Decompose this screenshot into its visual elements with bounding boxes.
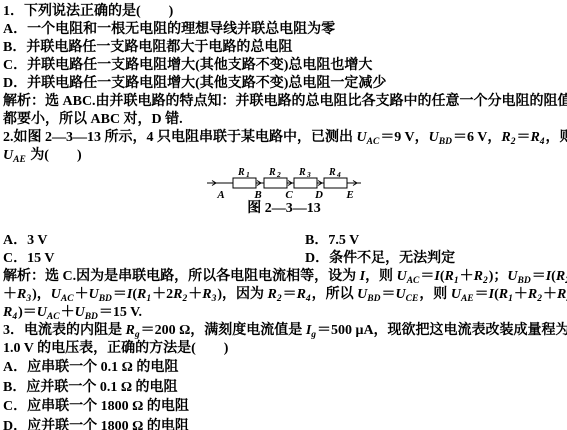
q2-analysis-2-math-var: R xyxy=(267,287,276,302)
q2-analysis-3-math-var: U xyxy=(37,305,47,320)
resistor-box xyxy=(233,178,256,188)
resistor-box xyxy=(264,178,287,188)
q2-options-row-2: C．15 VD．条件不足，无法判定 xyxy=(3,250,565,268)
q2-stem-1-math-subscript: AC xyxy=(367,137,380,147)
q2-analysis-2-text-run: ＋ xyxy=(75,287,89,302)
q2-analysis-1-math-var: R xyxy=(556,269,565,284)
resistor-label-subscript: 1 xyxy=(246,170,250,179)
q2-analysis-1-text-run: 解析：选 C.因为是串联电路，所以各电阻电流相等，设为 xyxy=(3,269,360,284)
q2-analysis-3-math-subscript: AC xyxy=(47,312,60,322)
resistor-label: R xyxy=(237,167,245,178)
q2-analysis-3-text-run: ＋ xyxy=(61,305,75,320)
q2-analysis-2-math-subscript: 1 xyxy=(508,294,513,304)
q3-stem-1-text-run: ＝500 μA，现欲把这电流表改装成量程为 xyxy=(317,323,567,338)
q2-stem-1-text-run: ＝6 V， xyxy=(453,130,501,145)
q2-analysis-2: ＋R3)，UAC＋UBD＝I(R1＋2R2＋R3)，因为 R2＝R4，所以 UB… xyxy=(3,286,565,304)
q2-analysis-2-text-run: ＝ xyxy=(283,287,297,302)
q2-analysis-2-math-var: R xyxy=(557,287,566,302)
figure-2-3-13: R 1 R 2 R 3 R 4 A B C D E 图 2—3—13 xyxy=(3,165,565,232)
resistor-box xyxy=(324,178,347,188)
q2-analysis-2-math-subscript: AE xyxy=(461,294,474,304)
q2-analysis-2-math-subscript: CE xyxy=(406,294,419,304)
q2-analysis-2-text-run: ＝ xyxy=(113,287,127,302)
q2-analysis-3-math-subscript: 4 xyxy=(12,312,17,322)
q2-stem-1-math-subscript: BD xyxy=(439,137,452,147)
q2-analysis-1-text-run: )； xyxy=(489,269,508,284)
q2-analysis-1-text-run: ＝ xyxy=(420,269,434,284)
document-content-bottom: A．3 VB．7.5 VC．15 VD．条件不足，无法判定解析：选 C.因为是串… xyxy=(3,232,565,430)
q2-stem-1-math-subscript: 4 xyxy=(540,137,545,147)
q2-analysis-2-math-var: R xyxy=(137,287,146,302)
q3-option-b: B．应并联一个 0.1 Ω 的电阻 xyxy=(3,378,565,398)
q1-option-d: D．并联电路任一支路电阻增大(其他支路不变)总电阻一定减少 xyxy=(3,75,565,93)
q3-stem-1-math-subscript: g xyxy=(135,330,140,340)
q3-option-a-text-run: A．应串联一个 0.1 Ω 的电阻 xyxy=(3,360,178,375)
q3-option-c-text-run: C．应串联一个 1800 Ω 的电阻 xyxy=(3,399,189,414)
q2-stem-1-math-var: R xyxy=(530,130,539,145)
q1-option-c: C．并联电路任一支路电阻增大(其他支路不变)总电阻也增大 xyxy=(3,57,565,75)
q1-analysis-1: 解析：选 ABC.由并联电路的特点知：并联电路的总电阻比各支路中的任意一个分电阻… xyxy=(3,93,565,111)
q3-option-a: A．应串联一个 0.1 Ω 的电阻 xyxy=(3,358,565,378)
q2-analysis-3-math-var: R xyxy=(3,305,12,320)
q3-option-d: D．应并联一个 1800 Ω 的电阻 xyxy=(3,417,565,430)
q1-option-b: B．并联电路任一支路电阻都大于电路的总电阻 xyxy=(3,39,565,57)
node-label: A xyxy=(216,189,224,200)
q2-analysis-2-math-subscript: 3 xyxy=(212,294,217,304)
q2-analysis-1-text-run: ＝ xyxy=(532,269,546,284)
q2-analysis-2-text-run: ＝ xyxy=(382,287,396,302)
q1-stem-text-run: 1．下列说法正确的是( ) xyxy=(3,4,173,19)
q2-analysis-3-math-subscript: BD xyxy=(85,312,98,322)
q3-option-d-text-run: D．应并联一个 1800 Ω 的电阻 xyxy=(3,419,189,430)
q1-analysis-2-text-run: 都要小，所以 ABC 对，D 错. xyxy=(3,112,183,127)
q2-analysis-2-math-var: R xyxy=(202,287,211,302)
q2-analysis-3-text-run: )＝ xyxy=(18,305,37,320)
q2-stem-1: 2.如图 2—3—13 所示，4 只电阻串联于某电路中，已测出 UAC＝9 V，… xyxy=(3,129,565,147)
q3-stem-2: 1.0 V 的电压表，正确的方法是( ) xyxy=(3,340,565,358)
q2-analysis-2-math-var: U xyxy=(451,287,461,302)
q1-analysis-1-text-run: 解析：选 ABC.由并联电路的特点知：并联电路的总电阻比各支路中的任意一个分电阻… xyxy=(3,94,567,109)
q2-analysis-2-text-run: )，因为 xyxy=(217,287,267,302)
q2-analysis-1-math-var: R xyxy=(474,269,483,284)
q2-analysis-2-text-run: ＋ xyxy=(543,287,557,302)
q2-analysis-1-math-subscript: 1 xyxy=(454,276,459,286)
q2-analysis-2-math-subscript: AC xyxy=(61,294,74,304)
q3-stem-1-text-run: 3．电流表的内阻是 xyxy=(3,323,126,338)
q2-stem-1-math-var: U xyxy=(429,130,439,145)
q2-analysis-2-text-run: ＋ xyxy=(188,287,202,302)
q2-options-row-2-col1: C．15 V xyxy=(3,250,305,268)
resistor-box xyxy=(294,178,317,188)
figure-caption: 图 2—3—13 xyxy=(3,200,565,218)
q1-option-a: A．一个电阻和一根无电阻的理想导线并联总电阻为零 xyxy=(3,21,565,39)
q2-stem-2-text-run: 为( ) xyxy=(27,148,82,163)
node-label: C xyxy=(285,189,293,200)
q2-analysis-2-text-run: ，则 xyxy=(419,287,451,302)
q2-analysis-2-math-subscript: BD xyxy=(367,294,380,304)
q2-analysis-2-math-subscript: 1 xyxy=(146,294,151,304)
q2-analysis-1-text-run: ，则 xyxy=(365,269,397,284)
resistor-label-subscript: 4 xyxy=(336,170,341,179)
q2-analysis-2-math-var: R xyxy=(528,287,537,302)
q2-analysis-2-math-var: U xyxy=(396,287,406,302)
q2-stem-1-text-run: ＝9 V， xyxy=(380,130,428,145)
q2-analysis-1-math-subscript: 2 xyxy=(483,276,488,286)
q2-analysis-2-text-run: ＋ xyxy=(514,287,528,302)
document-content-top: 1．下列说法正确的是( )A．一个电阻和一根无电阻的理想导线并联总电阻为零B．并… xyxy=(3,3,565,165)
q2-analysis-1-text-run: ＋ xyxy=(460,269,474,284)
q2-analysis-2-text-run: ＝ xyxy=(475,287,489,302)
node-label: D xyxy=(314,189,323,200)
q1-option-c-text-run: C．并联电路任一支路电阻增大(其他支路不变)总电阻也增大 xyxy=(3,58,372,73)
q2-analysis-1-math-subscript: AC xyxy=(407,276,420,286)
q2-analysis-2-math-var: U xyxy=(357,287,367,302)
q2-analysis-1-math-subscript: BD xyxy=(517,276,530,286)
q2-analysis-2-math-var: R xyxy=(499,287,508,302)
q2-analysis-2-math-var: R xyxy=(297,287,306,302)
q2-analysis-1-math-var: U xyxy=(397,269,407,284)
q3-stem-1-math-var: R xyxy=(126,323,135,338)
q2-analysis-2-math-subscript: 3 xyxy=(26,294,31,304)
q3-stem-1-math-subscript: g xyxy=(311,330,316,340)
q2-stem-2: UAE 为( ) xyxy=(3,147,565,165)
q2-analysis-2-math-subscript: BD xyxy=(99,294,112,304)
q2-options-row-1: A．3 VB．7.5 V xyxy=(3,232,565,250)
node-label: B xyxy=(253,189,261,200)
q2-stem-1-math-var: R xyxy=(501,130,510,145)
q2-analysis-3-math-var: U xyxy=(75,305,85,320)
q3-stem-1: 3．电流表的内阻是 Rg＝200 Ω，满刻度电流值是 Ig＝500 μA，现欲把… xyxy=(3,322,565,340)
q2-options-row-1-col1: A．3 V xyxy=(3,232,305,250)
q3-stem-2-text-run: 1.0 V 的电压表，正确的方法是( ) xyxy=(3,341,228,356)
q2-stem-1-math-var: U xyxy=(357,130,367,145)
resistor-label-subscript: 2 xyxy=(276,170,281,179)
q2-analysis-2-math-subscript: 2 xyxy=(537,294,542,304)
q2-analysis-3-text-run: ＝15 V. xyxy=(99,305,142,320)
q2-analysis-2-math-subscript: 2 xyxy=(277,294,282,304)
q1-stem: 1．下列说法正确的是( ) xyxy=(3,3,565,21)
resistor-label: R xyxy=(328,167,336,178)
q2-analysis-2-text-run: ＋2 xyxy=(152,287,173,302)
resistor-label: R xyxy=(298,167,306,178)
q2-stem-2-math-var: U xyxy=(3,148,13,163)
q2-analysis-2-math-var: R xyxy=(17,287,26,302)
q2-stem-1-text-run: ，则 xyxy=(546,130,567,145)
q2-analysis-2-text-run: ＋ xyxy=(3,287,17,302)
q2-stem-2-math-subscript: AE xyxy=(13,155,26,165)
q2-analysis-1-math-var: R xyxy=(445,269,454,284)
q1-option-a-text-run: A．一个电阻和一根无电阻的理想导线并联总电阻为零 xyxy=(3,22,335,37)
q2-analysis-1-math-var: U xyxy=(507,269,517,284)
q2-analysis-2-text-run: ，所以 xyxy=(312,287,358,302)
q1-option-b-text-run: B．并联电路任一支路电阻都大于电路的总电阻 xyxy=(3,40,292,55)
q2-analysis-2-text-run: )， xyxy=(32,287,51,302)
q2-analysis-2-math-var: U xyxy=(89,287,99,302)
q3-option-b-text-run: B．应并联一个 0.1 Ω 的电阻 xyxy=(3,380,178,395)
q2-analysis-2-math-var: U xyxy=(51,287,61,302)
q3-stem-1-text-run: ＝200 Ω，满刻度电流值是 xyxy=(141,323,306,338)
node-label: E xyxy=(345,189,353,200)
q2-stem-1-text-run: ＝ xyxy=(516,130,530,145)
q2-stem-1-text-run: 2.如图 2—3—13 所示，4 只电阻串联于某电路中，已测出 xyxy=(3,130,357,145)
q2-analysis-2-math-subscript: 4 xyxy=(306,294,311,304)
resistor-label-subscript: 3 xyxy=(306,170,311,179)
q2-options-row-2-col2: D．条件不足，无法判定 xyxy=(305,250,455,268)
q2-analysis-3: R4)＝UAC＋UBD＝15 V. xyxy=(3,304,565,322)
q1-analysis-2: 都要小，所以 ABC 对，D 错. xyxy=(3,111,565,129)
q1-option-d-text-run: D．并联电路任一支路电阻增大(其他支路不变)总电阻一定减少 xyxy=(3,76,386,91)
circuit-diagram: R 1 R 2 R 3 R 4 A B C D E xyxy=(199,166,369,200)
resistor-label: R xyxy=(268,167,276,178)
q2-options-row-1-col2: B．7.5 V xyxy=(305,232,359,250)
q2-analysis-2-math-subscript: 2 xyxy=(182,294,187,304)
worksheet-page: 1．下列说法正确的是( )A．一个电阻和一根无电阻的理想导线并联总电阻为零B．并… xyxy=(0,0,567,430)
q3-option-c: C．应串联一个 1800 Ω 的电阻 xyxy=(3,397,565,417)
q2-analysis-1: 解析：选 C.因为是串联电路，所以各电阻电流相等，设为 I，则 UAC＝I(R1… xyxy=(3,268,565,286)
q2-stem-1-math-subscript: 2 xyxy=(511,137,516,147)
